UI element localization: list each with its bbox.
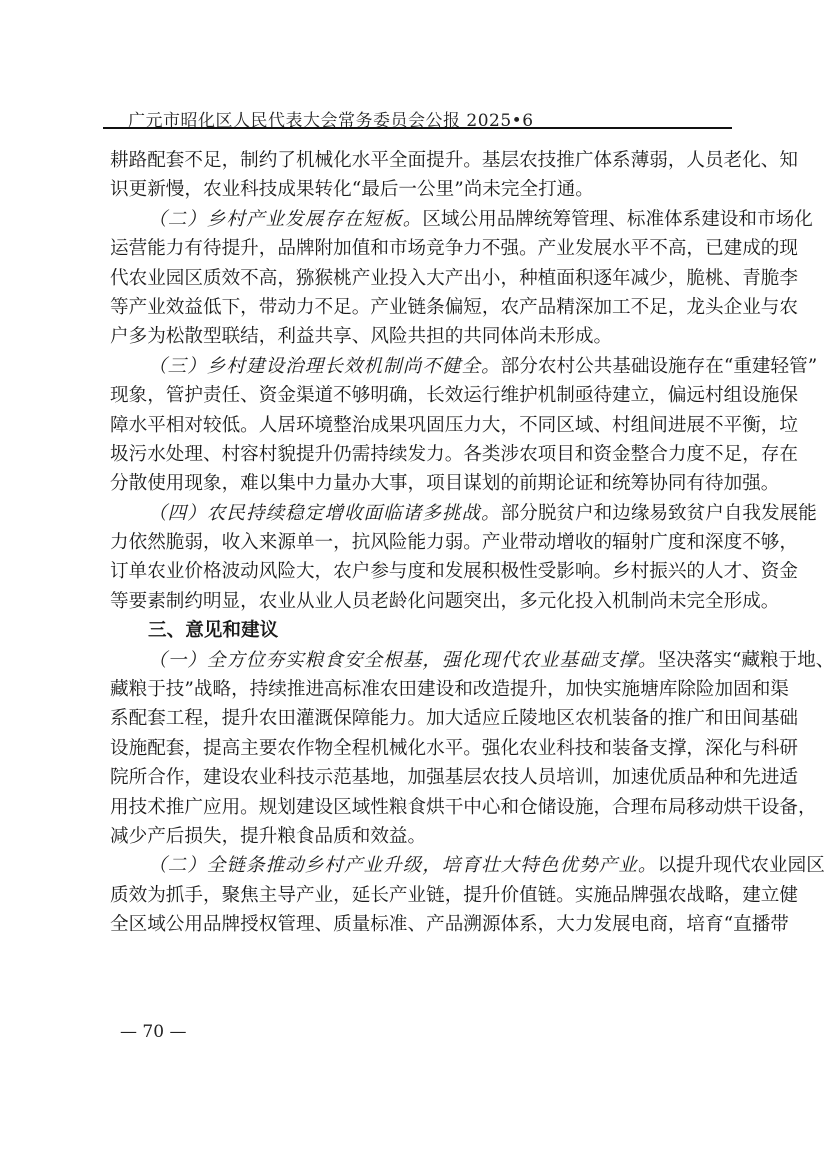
body-line: 圾污水处理、村容村貌提升仍需持续发力。各类涉农项目和资金整合力度不足，存在 <box>110 440 724 469</box>
body-line: 运营能力有待提升，品牌附加值和市场竞争力不强。产业发展水平不高，已建成的现 <box>110 234 724 263</box>
body-line: 障水平相对较低。人居环境整治成果巩固压力大，不同区域、村组间进展不平衡，垃 <box>110 411 724 440</box>
body-line: 用技术推广应用。规划建设区域性粮食烘干中心和仓储设施，合理布局移动烘干设备， <box>110 793 724 822</box>
subheading-lead: （三）乡村建设治理长效机制尚不健全。 <box>148 356 501 377</box>
subheading-lead: （一）全方位夯实粮食安全根基，强化现代农业基础支撑。 <box>148 650 657 671</box>
body-line: 藏粮于技”战略，持续推进高标准农田建设和改造提升，加快实施塘库除险加固和渠 <box>110 675 724 704</box>
section-heading: 三、意见和建议 <box>110 616 724 645</box>
body-line: 分散使用现象，难以集中力量办大事，项目谋划的前期论证和统筹协同有待加强。 <box>110 469 724 498</box>
body-line: 代农业园区质效不高，猕猴桃产业投入大产出小，种植面积逐年减少，脆桃、青脆李 <box>110 264 724 293</box>
body-line: 力依然脆弱，收入来源单一，抗风险能力弱。产业带动增收的辐射广度和深度不够， <box>110 528 724 557</box>
body-line: 户多为松散型联结，利益共享、风险共担的共同体尚未形成。 <box>110 322 724 351</box>
body-line: 质效为抓手，聚焦主导产业，延长产业链，提升价值链。实施品牌强农战略，建立健 <box>110 881 724 910</box>
body-line: 现象，管护责任、资金渠道不够明确，长效运行维护机制亟待建立，偏远村组设施保 <box>110 381 724 410</box>
paragraph-start: （一）全方位夯实粮食安全根基，强化现代农业基础支撑。坚决落实“藏粮于地、 <box>110 646 724 675</box>
body-line: 订单农业价格波动风险大，农户参与度和发展积极性受影响。乡村振兴的人才、资金 <box>110 557 724 586</box>
body-line: 设施配套，提高主要农作物全程机械化水平。强化农业科技和装备支撑，深化与科研 <box>110 734 724 763</box>
body-line: 耕路配套不足，制约了机械化水平全面提升。基层农技推广体系薄弱，人员老化、知 <box>110 146 724 175</box>
body-line: 等产业效益低下，带动力不足。产业链条偏短，农产品精深加工不足，龙头企业与农 <box>110 293 724 322</box>
subheading-lead: （四）农民持续稳定增收面临诸多挑战。 <box>148 503 501 524</box>
body-line: 院所合作，建设农业科技示范基地，加强基层农技人员培训，加速优质品种和先进适 <box>110 763 724 792</box>
subheading-lead: （二）全链条推动乡村产业升级，培育壮大特色优势产业。 <box>148 855 657 876</box>
paragraph-start: （二）全链条推动乡村产业升级，培育壮大特色优势产业。以提升现代农业园区 <box>110 851 724 880</box>
document-body: 耕路配套不足，制约了机械化水平全面提升。基层农技推广体系薄弱，人员老化、知 识更… <box>110 146 724 940</box>
subheading-lead: （二）乡村产业发展存在短板。 <box>148 209 422 230</box>
header-rule <box>103 127 732 129</box>
page-number: — 70 — <box>120 1022 186 1042</box>
body-line: 减少产后损失，提升粮食品质和效益。 <box>110 822 724 851</box>
body-line: 识更新慢，农业科技成果转化“最后一公里”尚未完全打通。 <box>110 175 724 204</box>
paragraph-start: （三）乡村建设治理长效机制尚不健全。部分农村公共基础设施存在“重建轻管” <box>110 352 724 381</box>
body-line: 等要素制约明显，农业从业人员老龄化问题突出，多元化投入机制尚未完全形成。 <box>110 587 724 616</box>
paragraph-start: （二）乡村产业发展存在短板。区域公用品牌统筹管理、标准体系建设和市场化 <box>110 205 724 234</box>
body-line: 全区域公用品牌授权管理、质量标准、产品溯源体系，大力发展电商，培育“直播带 <box>110 910 724 939</box>
body-text: 坚决落实“藏粮于地、 <box>657 650 827 671</box>
body-text: 以提升现代农业园区 <box>657 855 824 876</box>
paragraph-start: （四）农民持续稳定增收面临诸多挑战。部分脱贫户和边缘易致贫户自我发展能 <box>110 499 724 528</box>
body-line: 系配套工程，提升农田灌溉保障能力。加大适应丘陵地区农机装备的推广和田间基础 <box>110 704 724 733</box>
body-text: 部分农村公共基础设施存在“重建轻管” <box>501 356 818 377</box>
body-text: 区域公用品牌统筹管理、标准体系建设和市场化 <box>422 209 812 230</box>
body-text: 部分脱贫户和边缘易致贫户自我发展能 <box>501 503 817 524</box>
